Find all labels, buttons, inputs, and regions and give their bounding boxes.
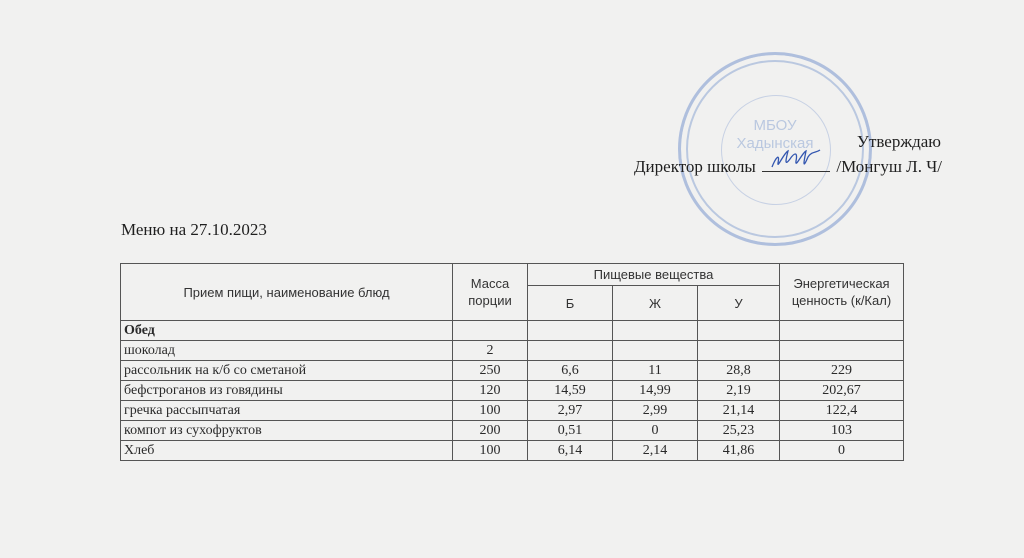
energy-cell: 103 [780, 421, 904, 441]
dish-name-cell: шоколад [121, 341, 453, 361]
dish-name-cell: компот из сухофруктов [121, 421, 453, 441]
protein-cell [528, 341, 613, 361]
header-protein: Б [528, 286, 613, 321]
header-mass: Масса порции [453, 264, 528, 321]
carbs-cell: 21,14 [698, 401, 780, 421]
section-label: Обед [121, 321, 453, 341]
header-carbs: У [698, 286, 780, 321]
protein-cell: 2,97 [528, 401, 613, 421]
header-energy: Энергетическая ценность (к/Кал) [780, 264, 904, 321]
mass-cell: 120 [453, 381, 528, 401]
table-row: бефстроганов из говядины12014,5914,992,1… [121, 381, 904, 401]
energy-cell [780, 341, 904, 361]
fat-cell: 11 [613, 361, 698, 381]
table-row: гречка рассыпчатая1002,972,9921,14122,4 [121, 401, 904, 421]
fat-cell: 2,99 [613, 401, 698, 421]
carbs-cell: 28,8 [698, 361, 780, 381]
mass-cell: 200 [453, 421, 528, 441]
mass-cell: 2 [453, 341, 528, 361]
energy-cell: 229 [780, 361, 904, 381]
mass-cell: 100 [453, 441, 528, 461]
fat-cell: 0 [613, 421, 698, 441]
approve-label: Утверждаю [857, 132, 941, 152]
table-row: рассольник на к/б со сметаной2506,61128,… [121, 361, 904, 381]
dish-name-cell: рассольник на к/б со сметаной [121, 361, 453, 381]
signature [762, 157, 830, 172]
dish-name-cell: Хлеб [121, 441, 453, 461]
carbs-cell: 25,23 [698, 421, 780, 441]
header-fat: Ж [613, 286, 698, 321]
dish-name-cell: бефстроганов из говядины [121, 381, 453, 401]
mass-cell: 100 [453, 401, 528, 421]
menu-table: Прием пищи, наименование блюд Масса порц… [120, 263, 904, 461]
energy-cell: 122,4 [780, 401, 904, 421]
section-row: Обед [121, 321, 904, 341]
mass-cell: 250 [453, 361, 528, 381]
signature-icon [768, 147, 824, 173]
carbs-cell: 2,19 [698, 381, 780, 401]
carbs-cell [698, 341, 780, 361]
fat-cell [613, 341, 698, 361]
stamp-text-line1: МБОУ [681, 117, 869, 134]
energy-cell: 202,67 [780, 381, 904, 401]
table-row: Хлеб1006,142,1441,860 [121, 441, 904, 461]
protein-cell: 6,14 [528, 441, 613, 461]
director-label: Директор школы [634, 157, 756, 176]
protein-cell: 0,51 [528, 421, 613, 441]
protein-cell: 6,6 [528, 361, 613, 381]
header-nutrients: Пищевые вещества [528, 264, 780, 286]
fat-cell: 14,99 [613, 381, 698, 401]
fat-cell: 2,14 [613, 441, 698, 461]
director-name: /Монгуш Л. Ч/ [836, 157, 942, 176]
director-signature-line: Директор школы /Монгуш Л. Ч/ [634, 157, 942, 177]
table-row: шоколад2 [121, 341, 904, 361]
dish-name-cell: гречка рассыпчатая [121, 401, 453, 421]
menu-title: Меню на 27.10.2023 [121, 220, 267, 240]
protein-cell: 14,59 [528, 381, 613, 401]
energy-cell: 0 [780, 441, 904, 461]
carbs-cell: 41,86 [698, 441, 780, 461]
header-dish: Прием пищи, наименование блюд [121, 264, 453, 321]
table-row: компот из сухофруктов2000,51025,23103 [121, 421, 904, 441]
